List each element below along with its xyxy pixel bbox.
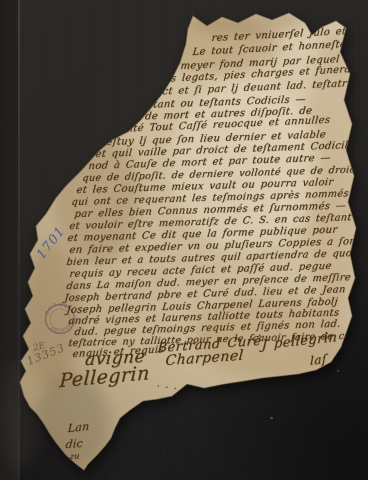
fragment-line: dic bbox=[65, 437, 83, 451]
fragment-line: Lan bbox=[68, 420, 90, 435]
manuscript-scan-photo: res ter vniuerſel Julo etLe tout ſcauoir… bbox=[0, 0, 368, 480]
stamp-text-bottom: ARCHIVES bbox=[49, 319, 77, 337]
svg-text:ARCHIVES: ARCHIVES bbox=[49, 319, 77, 337]
